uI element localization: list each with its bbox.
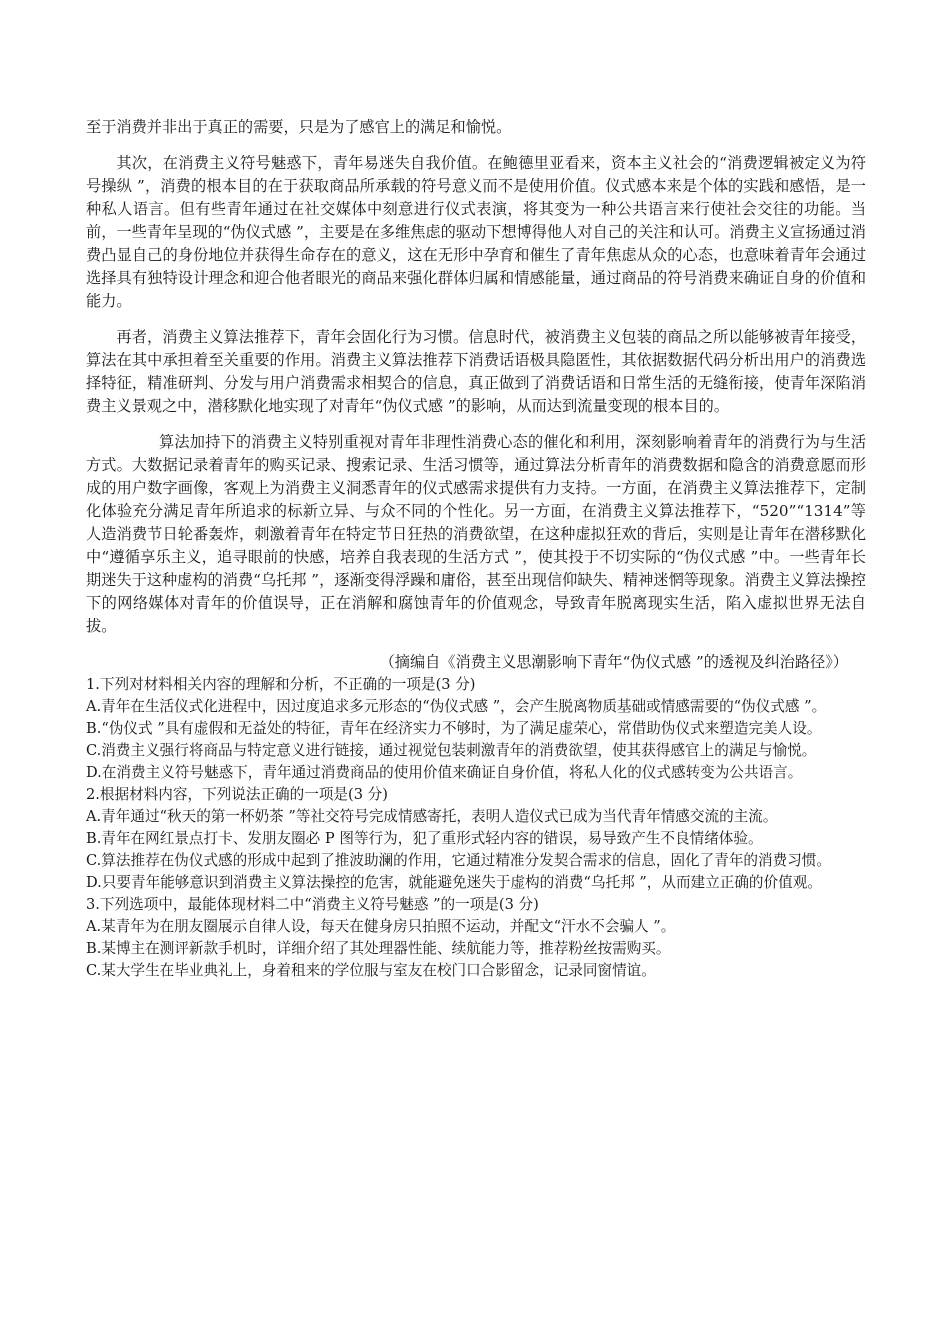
option-c: C.消费主义强行将商品与特定意义进行链接，通过视觉包装刺激青年的消费欲望，使其获… [86, 740, 866, 762]
option-d: D.只要青年能够意识到消费主义算法操控的危害，就能避免迷失于虚构的消费“乌托邦 … [86, 872, 866, 894]
passage-paragraph-algorithm: 再者，消费主义算法推荐下，青年会固化行为习惯。信息时代，被消费主义包装的商品之所… [86, 326, 866, 418]
passage-source: （摘编自《消费主义思潮影响下青年“伪仪式感 ”的透视及纠治路径》） [86, 651, 866, 674]
exam-page: 至于消费并非出于真正的需要，只是为了感官上的满足和愉悦。 其次，在消费主义符号魅… [86, 116, 866, 982]
option-c: C.某大学生在毕业典礼上，身着租来的学位服与室友在校门口合影留念，记录同窗情谊。 [86, 960, 866, 982]
question-1: 1.下列对材料相关内容的理解和分析，不正确的一项是(3 分) A.青年在生活仪式… [86, 674, 866, 784]
question-3: 3.下列选项中，最能体现材料二中“消费主义符号魅惑 ”的一项是(3 分) A.某… [86, 894, 866, 982]
passage-paragraph-symbol: 其次，在消费主义符号魅惑下，青年易迷失自我价值。在鲍德里亚看来，资本主义社会的“… [86, 152, 866, 313]
option-b: B.青年在网红景点打卡、发朋友圈必 P 图等行为，犯了重形式轻内容的错误，易导致… [86, 828, 866, 850]
passage-paragraph-algorithm-consumerism: 算法加持下的消费主义特别重视对青年非理性消费心态的催化和利用，深刻影响着青年的消… [86, 431, 866, 638]
question-2: 2.根据材料内容，下列说法正确的一项是(3 分) A.青年通过“秋天的第一杯奶茶… [86, 784, 866, 894]
option-b: B.某博主在测评新款手机时，详细介绍了其处理器性能、续航能力等，推荐粉丝按需购买… [86, 938, 866, 960]
question-stem: 1.下列对材料相关内容的理解和分析，不正确的一项是(3 分) [86, 674, 866, 696]
option-c: C.算法推荐在伪仪式感的形成中起到了推波助澜的作用，它通过精准分发契合需求的信息… [86, 850, 866, 872]
option-a: A.某青年为在朋友圈展示自律人设，每天在健身房只拍照不运动，并配文“汗水不会骗人… [86, 916, 866, 938]
passage-paragraph-continued: 至于消费并非出于真正的需要，只是为了感官上的满足和愉悦。 [86, 116, 866, 139]
question-stem: 3.下列选项中，最能体现材料二中“消费主义符号魅惑 ”的一项是(3 分) [86, 894, 866, 916]
option-a: A.青年通过“秋天的第一杯奶茶 ”等社交符号完成情感寄托，表明人造仪式已成为当代… [86, 806, 866, 828]
option-a: A.青年在生活仪式化进程中，因过度追求多元形态的“伪仪式感 ”，会产生脱离物质基… [86, 696, 866, 718]
question-stem: 2.根据材料内容，下列说法正确的一项是(3 分) [86, 784, 866, 806]
option-b: B.“伪仪式 ”具有虚假和无益处的特征，青年在经济实力不够时，为了满足虚荣心，常… [86, 718, 866, 740]
option-d: D.在消费主义符号魅惑下，青年通过消费商品的使用价值来确证自身价值，将私人化的仪… [86, 762, 866, 784]
